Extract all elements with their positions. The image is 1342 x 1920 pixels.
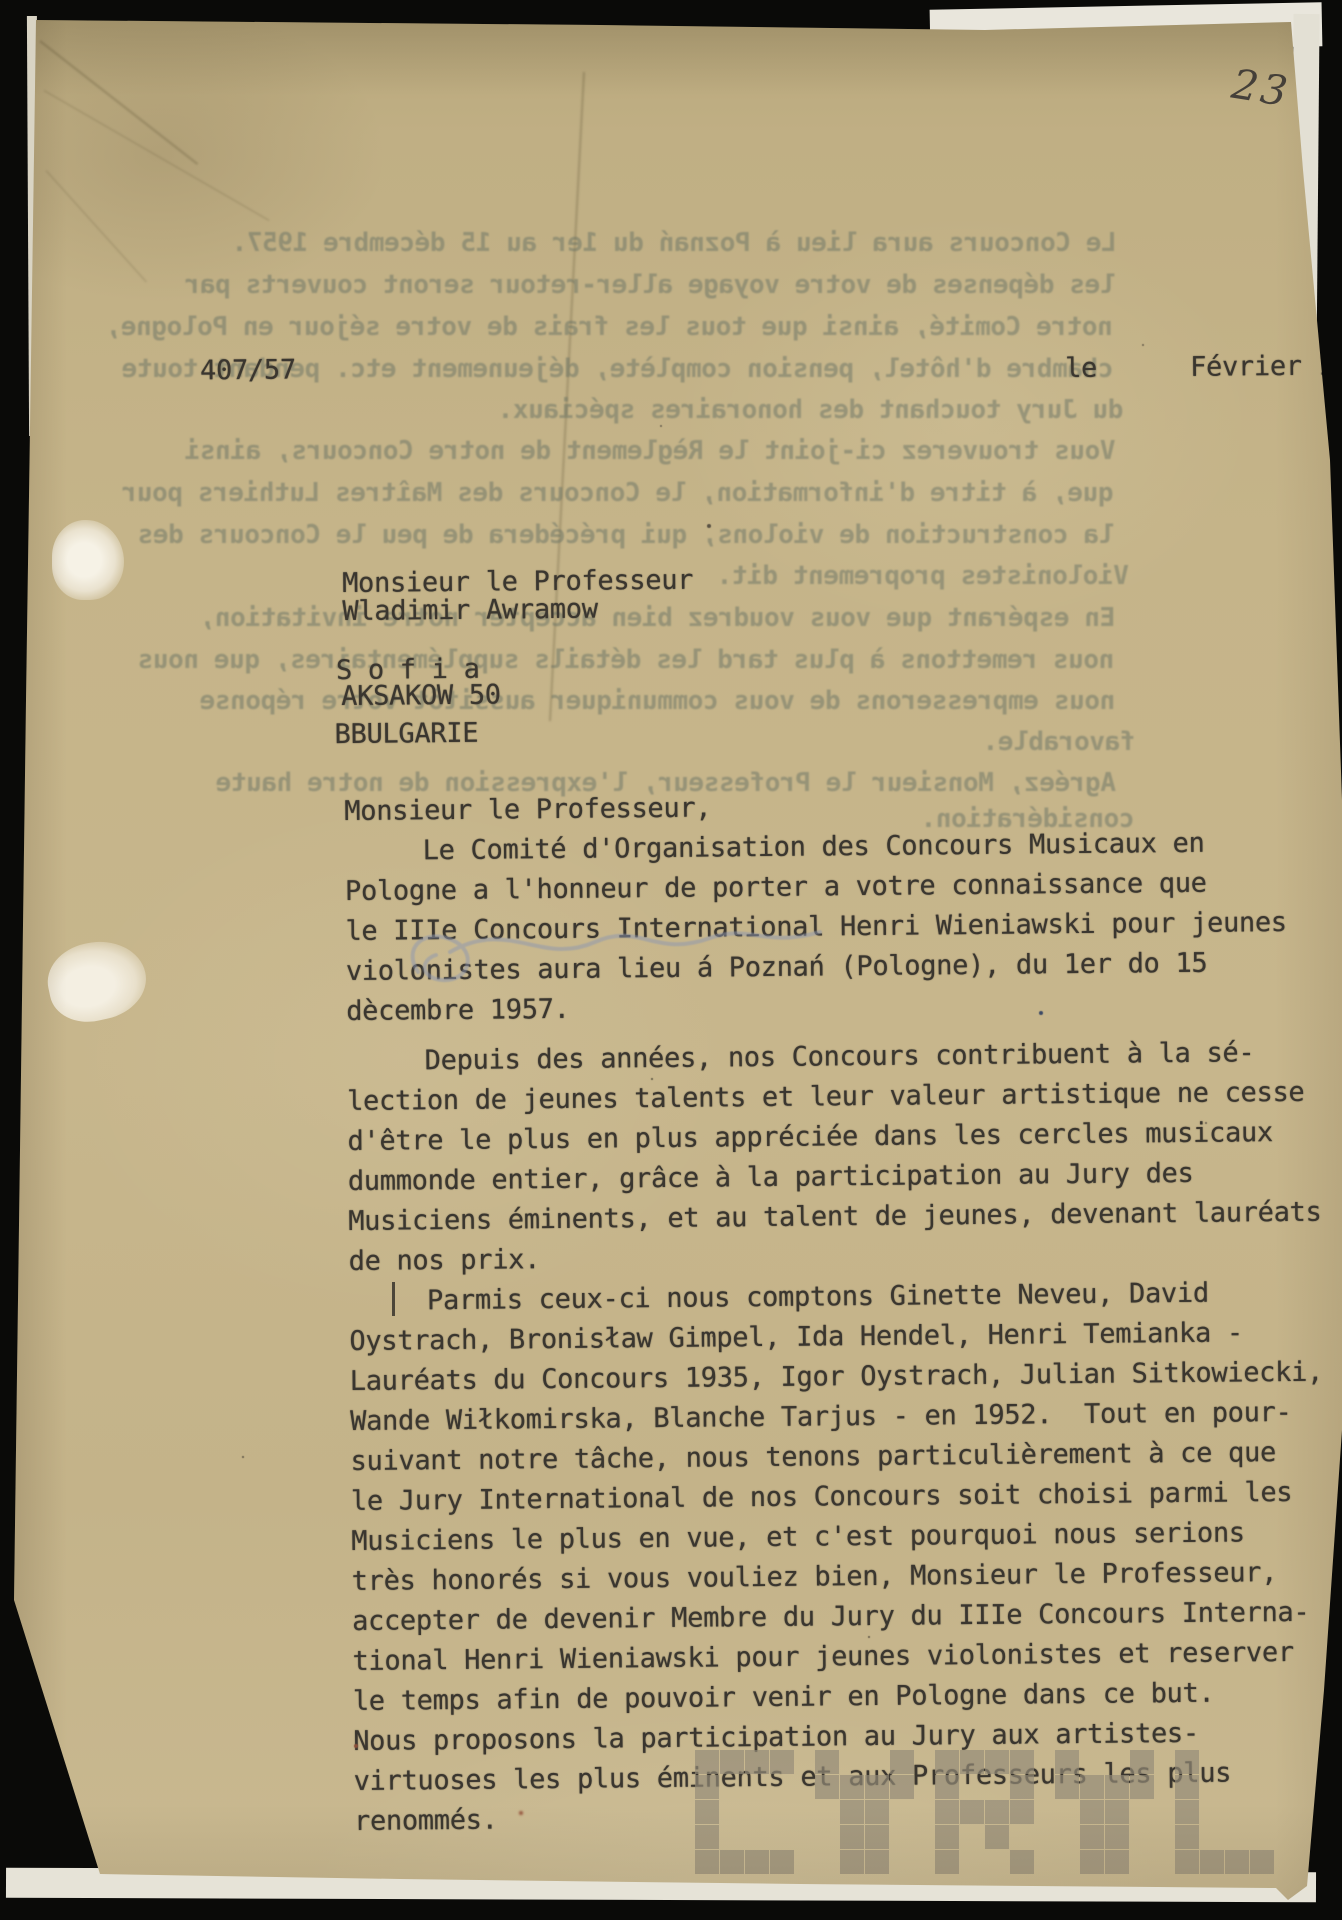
reference-number: 407/57 xyxy=(200,356,296,384)
typo-strikeout-mark xyxy=(392,1282,395,1316)
body-line: Wande Wiłkomirska, Blanche Tarjus - en 1… xyxy=(350,1399,1292,1435)
body-line: le Jury International de nos Concours so… xyxy=(351,1479,1293,1515)
body-line: de nos prix. xyxy=(349,1246,541,1275)
body-line: dummonde entier, grâce à la participatio… xyxy=(348,1160,1194,1195)
body-line: Musiciens éminents, et au talent de jeun… xyxy=(348,1199,1321,1235)
handwritten-page-number: 23 xyxy=(1229,60,1294,117)
salutation-line: Monsieur le Professeur, xyxy=(344,795,711,826)
body-line: très honorés si vous vouliez bien, Monsi… xyxy=(352,1559,1278,1595)
scan-background: Le Concours aura lieu à Poznań du 1er au… xyxy=(0,0,1342,1920)
date-line-part: Février 19 xyxy=(1190,352,1342,381)
body-line: d'être le plus en plus appréciée dans le… xyxy=(347,1119,1273,1155)
body-line: Oystrach, Bronisław Gimpel, Ida Hendel, … xyxy=(349,1319,1243,1355)
recipient-line: Monsieur le Professeur xyxy=(342,567,693,597)
body-line: Parmis ceux-ci nous comptons Ginette Nev… xyxy=(427,1280,1209,1315)
recipient-line: AKSAKOW 50 xyxy=(341,682,501,711)
paper-damage-spot xyxy=(52,520,124,600)
body-line: tional Henri Wieniawski pour jeunes viol… xyxy=(352,1639,1294,1675)
body-line: accepter de devenir Membre du Jury du II… xyxy=(352,1599,1310,1635)
body-line: renommés. xyxy=(354,1807,498,1835)
recipient-line: Wladimir Awramow xyxy=(342,596,598,625)
cyryl-watermark xyxy=(695,1750,1295,1890)
date-line-part: le xyxy=(1065,355,1097,382)
body-line: Depuis des années, nos Concours contribu… xyxy=(425,1039,1255,1074)
letter-page: Le Concours aura lieu à Poznań du 1er au… xyxy=(0,0,1342,1920)
body-line: Musiciens le plus en vue, et c'est pourq… xyxy=(351,1519,1245,1555)
body-line: le temps afin de pouvoir venir en Pologn… xyxy=(353,1680,1215,1715)
body-line: lection de jeunes talents et leur valeur… xyxy=(347,1079,1305,1115)
paper-specks xyxy=(0,0,2,2)
body-line: Lauréats du Concours 1935, Igor Oystrach… xyxy=(350,1359,1323,1395)
body-line: Le Comité d'Organisation des Concours Mu… xyxy=(423,830,1205,865)
recipient-line: BBULGARIE xyxy=(334,720,478,748)
body-line: suivant notre tâche, nous tenons particu… xyxy=(350,1439,1276,1475)
blue-pencil-scribble xyxy=(390,900,860,1010)
